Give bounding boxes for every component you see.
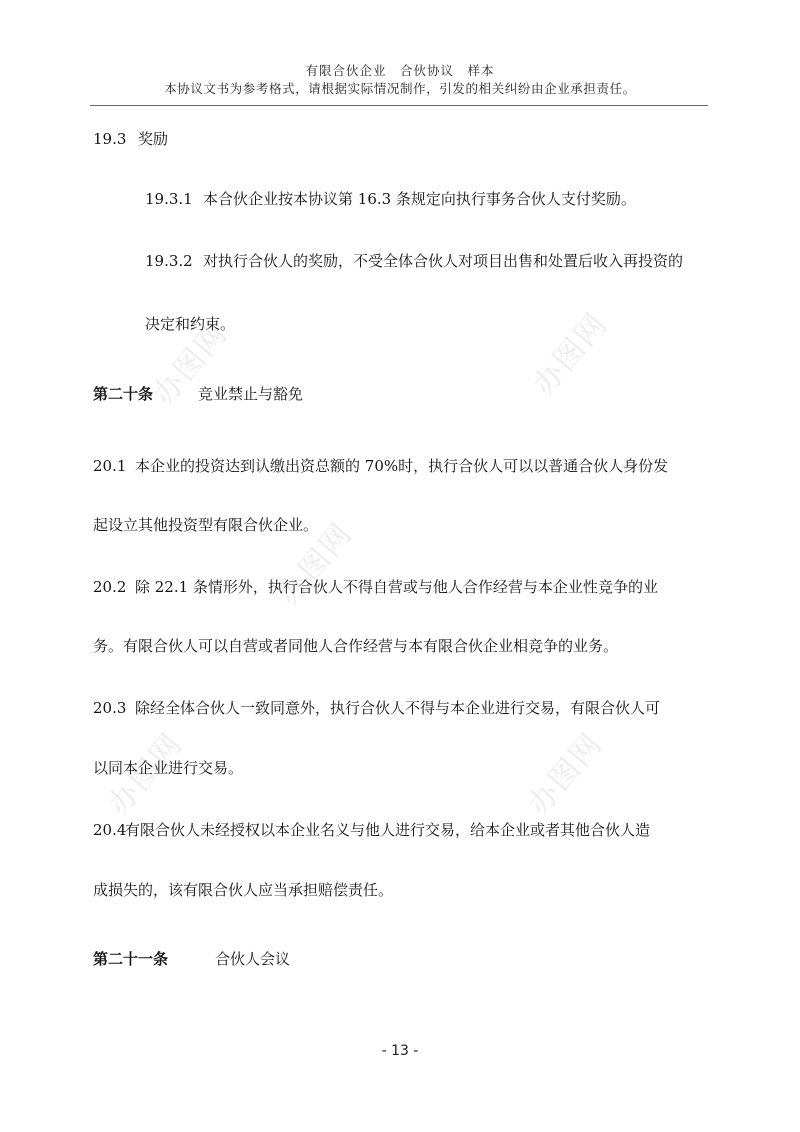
- header-divider: [90, 105, 708, 106]
- clause-20-1-cont: 起设立其他投资型有限合伙企业。: [93, 514, 318, 535]
- clause-text: 除经全体合伙人一致同意外，执行合伙人不得与本企业进行交易，有限合伙人可: [135, 699, 660, 717]
- clause-text: 本合伙企业按本协议第 16.3 条规定向执行事务合伙人支付奖励。: [203, 190, 636, 208]
- clause-20-1: 20.1本企业的投资达到认缴出资总额的 70%时，执行合伙人可以以普通合伙人身份…: [93, 455, 668, 476]
- article-label: 第二十条: [93, 383, 198, 404]
- article-title: 竞业禁止与豁免: [198, 385, 303, 403]
- article-label: 第二十一条: [93, 948, 215, 969]
- clause-20-4: 20.4有限合伙人未经授权以本企业名义与他人进行交易，给本企业或者其他合伙人造: [93, 819, 650, 840]
- clause-number: 20.4: [93, 821, 125, 839]
- clause-20-2: 20.2除 22.1 条情形外，执行合伙人不得自营或与他人合作经营与本企业性竞争…: [93, 576, 658, 597]
- article-title: 合伙人会议: [215, 950, 290, 968]
- article-21-heading: 第二十一条合伙人会议: [93, 948, 290, 969]
- clause-19-3-1: 19.3.1本合伙企业按本协议第 16.3 条规定向执行事务合伙人支付奖励。: [145, 188, 636, 209]
- watermark: 办图网: [515, 721, 610, 823]
- clause-text: 除 22.1 条情形外，执行合伙人不得自营或与他人合作经营与本企业性竞争的业: [135, 578, 658, 596]
- clause-20-4-cont: 成损失的，该有限合伙人应当承担赔偿责任。: [93, 879, 393, 900]
- page-number: - 13 -: [0, 1043, 800, 1059]
- clause-20-2-cont: 务。有限合伙人可以自营或者同他人合作经营与本有限合伙企业相竞争的业务。: [93, 635, 618, 656]
- clause-number: 19.3.2: [145, 252, 203, 270]
- section-title: 奖励: [138, 130, 168, 148]
- clause-20-3: 20.3除经全体合伙人一致同意外，执行合伙人不得与本企业进行交易，有限合伙人可: [93, 697, 660, 718]
- section-number: 19.3: [93, 130, 138, 148]
- clause-19-3-2-cont: 决定和约束。: [145, 313, 235, 334]
- clause-text: 有限合伙人未经授权以本企业名义与他人进行交易，给本企业或者其他合伙人造: [125, 821, 650, 839]
- clause-text: 本企业的投资达到认缴出资总额的 70%时，执行合伙人可以以普通合伙人身份发: [135, 457, 668, 475]
- clause-number: 20.3: [93, 699, 135, 717]
- clause-number: 19.3.1: [145, 190, 203, 208]
- clause-number: 20.2: [93, 578, 135, 596]
- clause-number: 20.1: [93, 457, 135, 475]
- clause-20-3-cont: 以同本企业进行交易。: [93, 757, 243, 778]
- clause-19-3-2: 19.3.2对执行合伙人的奖励，不受全体合伙人对项目出售和处置后收入再投资的: [145, 250, 683, 271]
- watermark: 办图网: [520, 301, 615, 403]
- header-title: 有限合伙企业 合伙协议 样本: [0, 62, 800, 80]
- article-20-heading: 第二十条竞业禁止与豁免: [93, 383, 303, 404]
- section-19-3-heading: 19.3奖励: [93, 128, 168, 149]
- page-header: 有限合伙企业 合伙协议 样本 本协议文书为参考格式，请根据实际情况制作，引发的相…: [0, 62, 800, 98]
- header-disclaimer: 本协议文书为参考格式，请根据实际情况制作，引发的相关纠纷由企业承担责任。: [0, 80, 800, 98]
- clause-text: 对执行合伙人的奖励，不受全体合伙人对项目出售和处置后收入再投资的: [203, 252, 683, 270]
